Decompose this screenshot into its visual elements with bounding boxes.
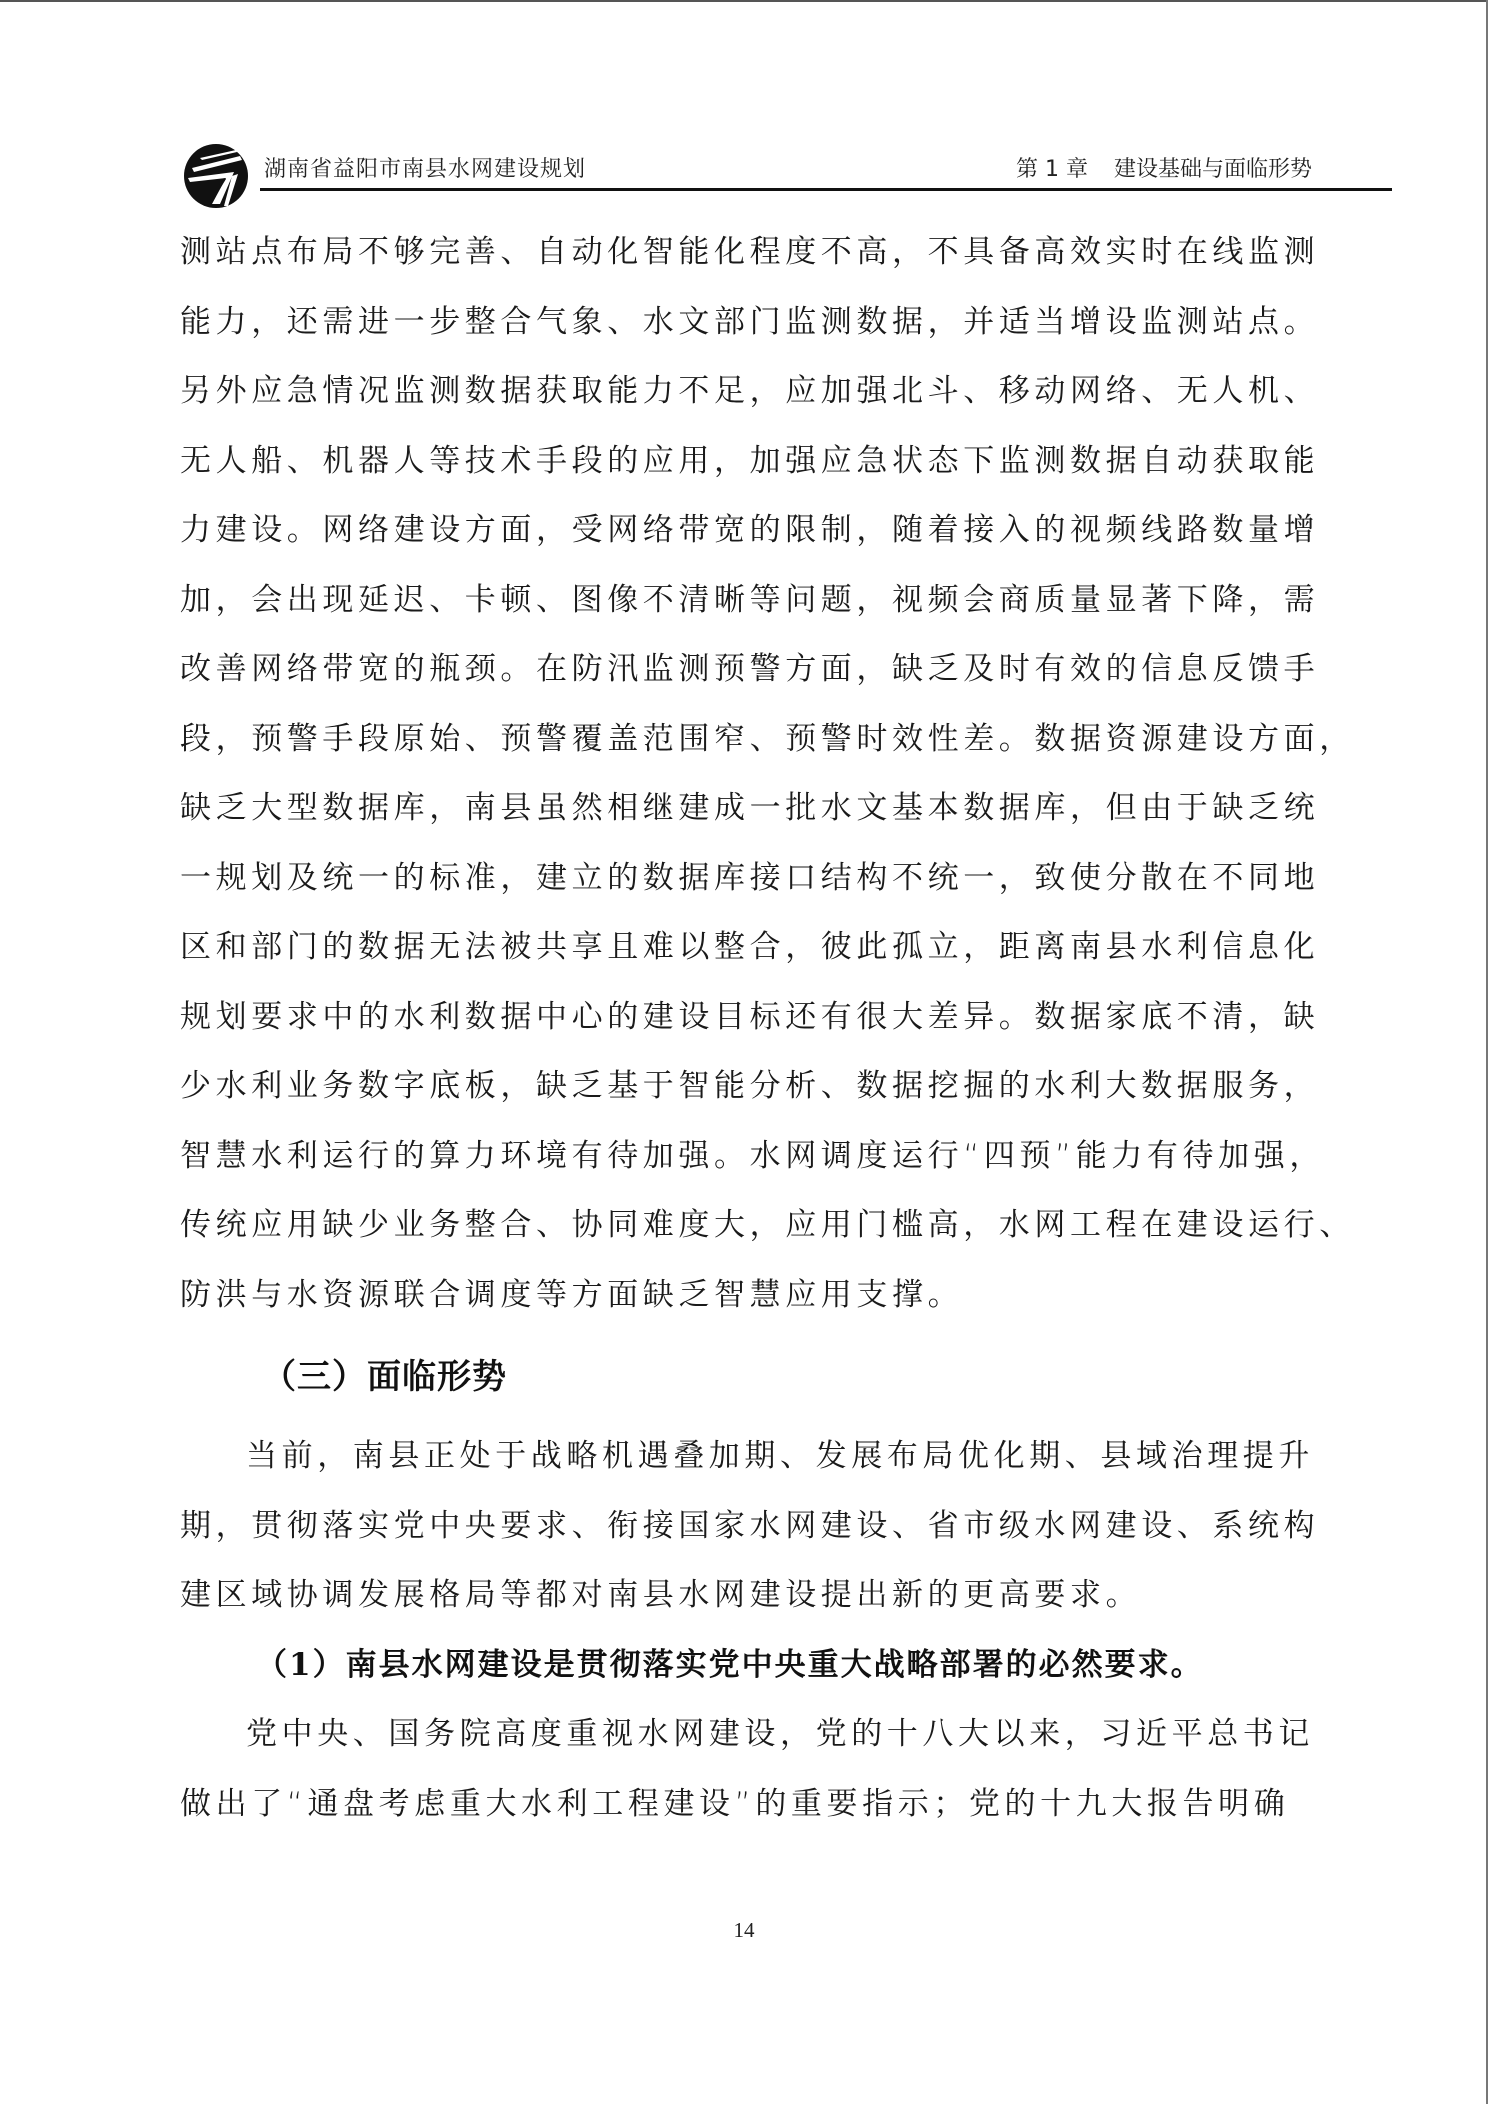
sub-heading: （1）南县水网建设是贯彻落实党中央重大战略部署的必然要求。 [180, 1631, 1312, 1701]
text-line: 智慧水利运行的算力环境有待加强。水网调度运行“四预”能力有待加强， [180, 1122, 1312, 1192]
text-line: 加，会出现延迟、卡顿、图像不清晰等问题，视频会商质量显著下降，需 [180, 566, 1312, 636]
text-line: 当前，南县正处于战略机遇叠加期、发展布局优化期、县域治理提升 [180, 1422, 1312, 1492]
text-line: 无人船、机器人等技术手段的应用，加强应急状态下监测数据自动获取能 [180, 427, 1312, 497]
text-line: 另外应急情况监测数据获取能力不足，应加强北斗、移动网络、无人机、 [180, 357, 1312, 427]
text-line: 改善网络带宽的瓶颈。在防汛监测预警方面，缺乏及时有效的信息反馈手 [180, 635, 1312, 705]
paragraph-3: 党中央、国务院高度重视水网建设，党的十八大以来，习近平总书记 做出了“通盘考虑重… [180, 1700, 1312, 1839]
text-line: 力建设。网络建设方面，受网络带宽的限制，随着接入的视频线路数量增 [180, 496, 1312, 566]
road-water-emblem-icon [180, 138, 252, 210]
text-line: 缺乏大型数据库，南县虽然相继建成一批水文基本数据库，但由于缺乏统 [180, 774, 1312, 844]
text-line: 规划要求中的水利数据中心的建设目标还有很大差异。数据家底不清，缺 [180, 983, 1312, 1053]
running-header: 湖南省益阳市南县水网建设规划 第 1 章建设基础与面临形势 [180, 138, 1312, 194]
paragraph-1: 测站点布局不够完善、自动化智能化程度不高，不具备高效实时在线监测 能力，还需进一… [180, 218, 1312, 1330]
section-heading: （三）面临形势 [180, 1332, 1312, 1422]
chapter-number: 第 1 章 [1016, 157, 1088, 182]
text-line: 党中央、国务院高度重视水网建设，党的十八大以来，习近平总书记 [180, 1700, 1312, 1770]
text-line: 少水利业务数字底板，缺乏基于智能分析、数据挖掘的水利大数据服务， [180, 1052, 1312, 1122]
header-rule [260, 188, 1392, 191]
page-number: 14 [0, 1918, 1488, 1943]
text-line: 期，贯彻落实党中央要求、衔接国家水网建设、省市级水网建设、系统构 [180, 1492, 1312, 1562]
page-top-border [0, 0, 1488, 2]
document-body: 测站点布局不够完善、自动化智能化程度不高，不具备高效实时在线监测 能力，还需进一… [180, 218, 1312, 1839]
text-line: 防洪与水资源联合调度等方面缺乏智慧应用支撑。 [180, 1261, 1312, 1331]
text-line: 建区域协调发展格局等都对南县水网建设提出新的更高要求。 [180, 1561, 1312, 1631]
chapter-title: 建设基础与面临形势 [1114, 157, 1312, 182]
text-line: 测站点布局不够完善、自动化智能化程度不高，不具备高效实时在线监测 [180, 218, 1312, 288]
text-line: 段，预警手段原始、预警覆盖范围窄、预警时效性差。数据资源建设方面， [180, 705, 1312, 775]
text-line: 区和部门的数据无法被共享且难以整合，彼此孤立，距离南县水利信息化 [180, 913, 1312, 983]
text-line: 能力，还需进一步整合气象、水文部门监测数据，并适当增设监测站点。 [180, 288, 1312, 358]
paragraph-2: 当前，南县正处于战略机遇叠加期、发展布局优化期、县域治理提升 期，贯彻落实党中央… [180, 1422, 1312, 1631]
text-line: 做出了“通盘考虑重大水利工程建设”的重要指示；党的十九大报告明确 [180, 1770, 1312, 1840]
text-line: 传统应用缺少业务整合、协同难度大，应用门槛高，水网工程在建设运行、 [180, 1191, 1312, 1261]
document-title: 湖南省益阳市南县水网建设规划 [264, 152, 586, 183]
chapter-label: 第 1 章建设基础与面临形势 [1016, 152, 1312, 183]
text-line: 一规划及统一的标准，建立的数据库接口结构不统一，致使分散在不同地 [180, 844, 1312, 914]
